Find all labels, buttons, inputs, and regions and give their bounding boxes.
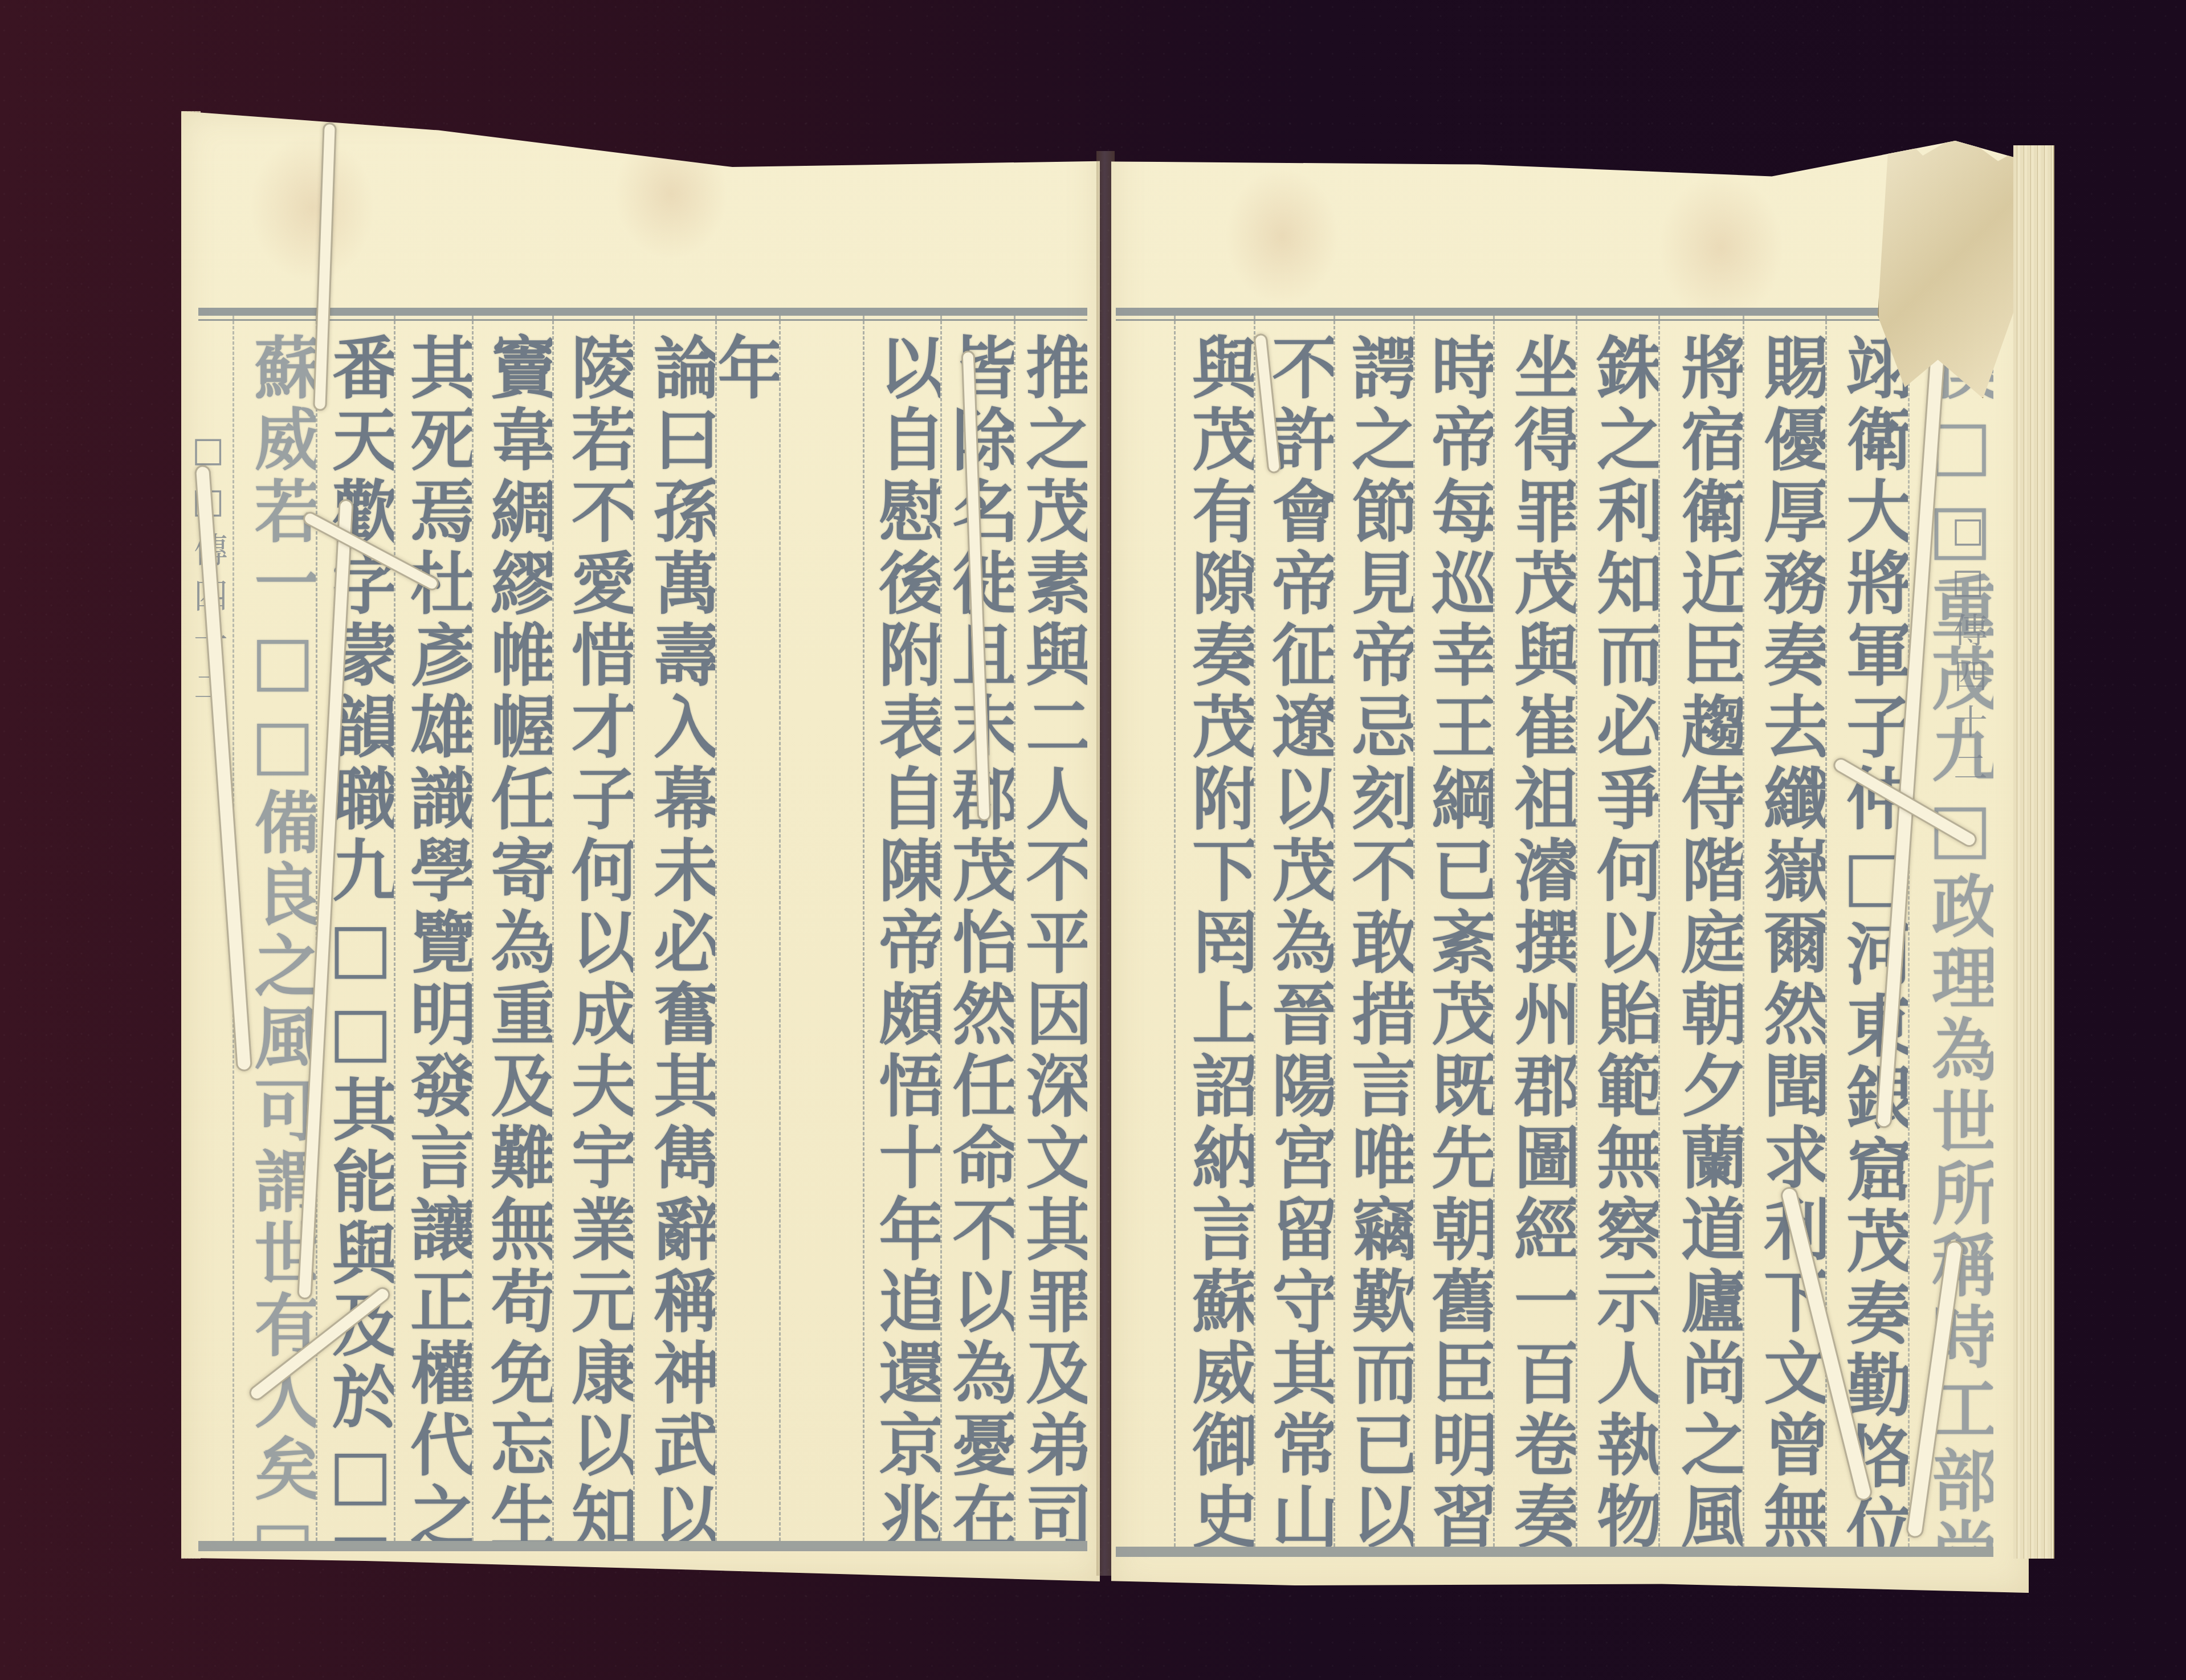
text-column: 時帝每巡幸王綱已紊茂既先朝舊臣明習世事然無饕	[1413, 316, 1493, 1547]
water-stain	[250, 134, 375, 282]
text-column: 年	[715, 316, 779, 1541]
open-book-spread: 推之茂素與二人不平因深文其罪及弟司隸別駕楚之 皆除名徙且末郡茂怡然任命不以為憂在…	[181, 111, 2040, 1593]
right-page: 僕□□重茂九□政理為世所稱時工部尚書□□指右 翊衛大將軍子仲□河東銀窟茂奏勤恪位…	[1111, 111, 2029, 1593]
right-page-edge-stack	[2013, 145, 2054, 1559]
text-column: 論曰孫萬壽入幕未必奮其雋辭稱神武以情寄之重義切析	[633, 316, 715, 1541]
text-column: 將宿衛近臣趨侍階庭朝夕蘭道廬尚之風抑而不慕分	[1658, 316, 1743, 1547]
torn-paper-fragment	[1878, 123, 2028, 398]
water-stain	[614, 128, 728, 259]
blank-column	[779, 316, 862, 1541]
right-print-frame: 僕□□重茂九□政理為世所稱時工部尚書□□指右 翊衛大將軍子仲□河東銀窟茂奏勤恪位…	[1116, 308, 1993, 1557]
text-column: 以自慰後附表自陳帝頗悟十年追還京兆歲餘卒于鄉	[863, 316, 941, 1541]
left-print-frame: 推之茂素與二人不平因深文其罪及弟司隸別駕楚之 皆除名徙且末郡茂怡然任命不以為憂在…	[198, 308, 1087, 1551]
page-margin-label: □□傳四十二	[1943, 510, 1992, 795]
text-column: 推之茂素與二人不平因深文其罪及弟司隸別駕楚之	[1014, 316, 1087, 1541]
text-column: 不許會帝征遼以茂為晉陽宮留守其常山贊務王文同	[1254, 316, 1333, 1547]
left-text-columns: 推之茂素與二人不平因深文其罪及弟司隸別駕楚之 皆除名徙且末郡茂怡然任命不以為憂在…	[198, 316, 1087, 1541]
text-column: 其死焉杜彥雄識學覽明發言讓正權代之際先起百圖王	[394, 316, 472, 1541]
right-text-columns: 僕□□重茂九□政理為世所稱時工部尚書□□指右 翊衛大將軍子仲□河東銀窟茂奏勤恪位…	[1116, 316, 1993, 1547]
water-stain	[1658, 174, 1784, 322]
text-column: 竇韋綢繆帷幄任寄為重及難無苟免忘生殉義可謂得	[472, 316, 553, 1541]
water-stain	[1225, 168, 1339, 305]
text-column: 賜優厚務奏去纖嶽爾然聞求利下文曾無愧色仲文大	[1743, 316, 1825, 1547]
text-column: 與茂有隙奏茂附下罔上詔納言蘇威御史大夫裴蘊雜	[1174, 316, 1254, 1547]
left-page: 推之茂素與二人不平因深文其罪及弟司隸別駕楚之 皆除名徙且末郡茂怡然任命不以為憂在…	[181, 111, 1100, 1581]
text-column: 陵若不愛惜才子何以成夫宇業元康以知能才幹委質	[552, 316, 633, 1541]
text-column: 坐得罪茂與崔祖濬撰州郡圖經一百卷奏之賜帛百段	[1493, 316, 1576, 1547]
text-column: 銖之利知而必爭何以貽範無察示人執物愷與仲文竟	[1576, 316, 1658, 1547]
text-column: 諤之節見帝忌刻不敢措言唯竊歎而已以年老乞骸骨	[1333, 316, 1413, 1547]
